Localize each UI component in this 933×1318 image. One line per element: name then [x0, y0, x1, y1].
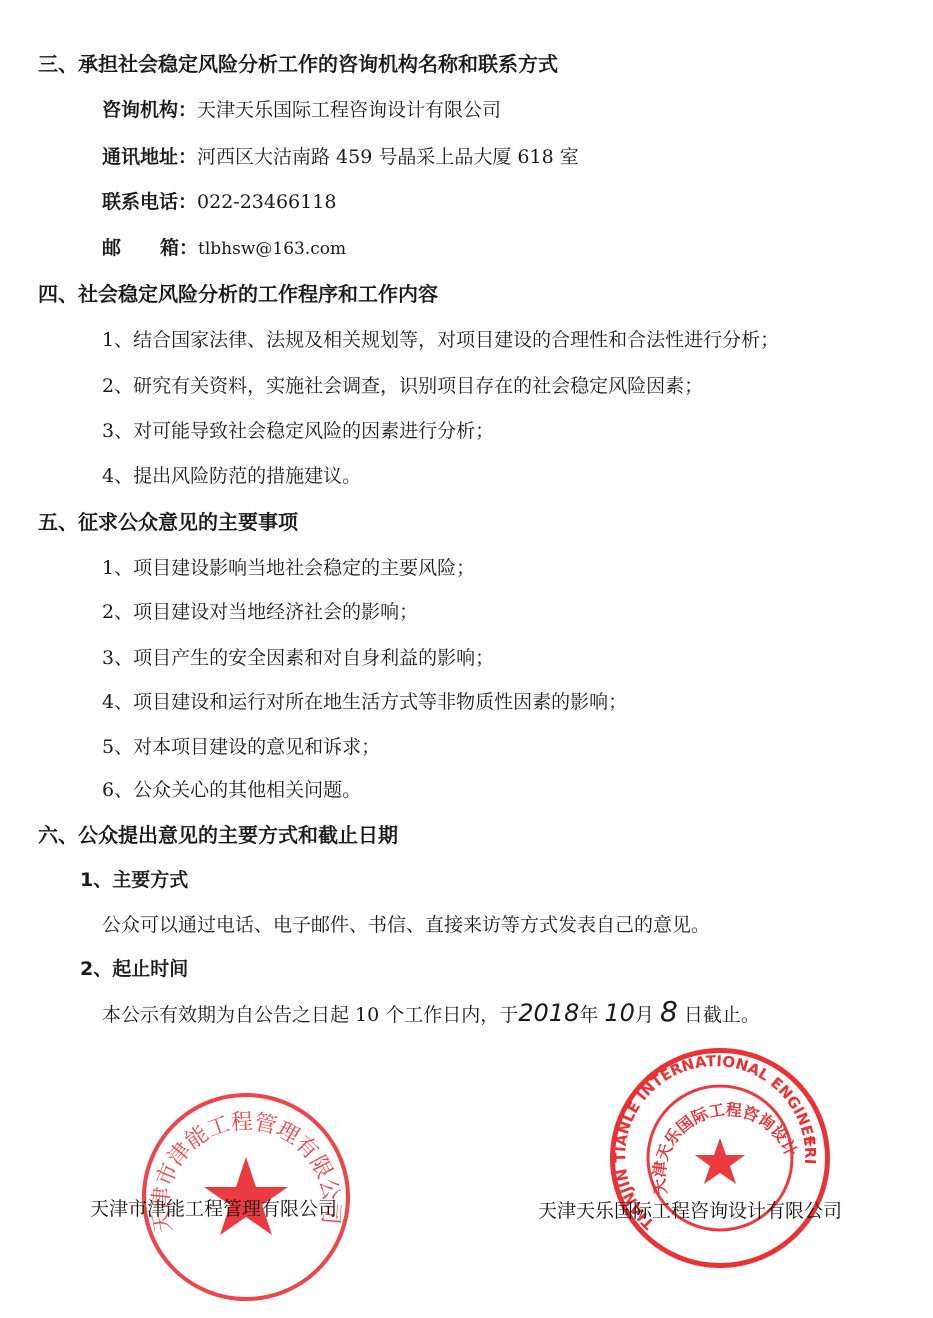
- deadline-day: 8: [660, 995, 678, 1028]
- section3-heading: 三、承担社会稳定风险分析工作的咨询机构名称和联系方式: [38, 52, 558, 76]
- section4-heading: 四、社会稳定风险分析的工作程序和工作内容: [38, 282, 438, 306]
- section5-item: 4、项目建设和运行对所在地生活方式等非物质性因素的影响；: [102, 690, 627, 714]
- section6-sub2-heading: 2、起止时间: [80, 957, 188, 981]
- left-company-signature: 天津市津能工程管理有限公司: [90, 1194, 337, 1221]
- phone-label: 联系电话：: [102, 190, 197, 214]
- year-unit: 年: [579, 1004, 598, 1026]
- deadline-year: 2018: [518, 999, 579, 1027]
- asterisk-icon: *: [805, 1134, 816, 1159]
- right-seal-graphic: TIANJIN TIANLE INTERNATIONAL ENGINEERING…: [615, 1053, 825, 1263]
- section4-item: 4、提出风险防范的措施建议。: [102, 464, 361, 488]
- section6-heading: 六、公众提出意见的主要方式和截止日期: [38, 823, 398, 847]
- section5-item: 6、公众关心的其他相关问题。: [102, 778, 361, 802]
- month-unit: 月: [635, 1004, 654, 1026]
- phone-row: 联系电话：022-23466118: [102, 190, 336, 214]
- section5-item: 3、项目产生的安全因素和对自身利益的影响；: [102, 646, 494, 670]
- deadline-month: 10: [604, 999, 635, 1027]
- email-value[interactable]: tlbhsw@163.com: [198, 239, 346, 259]
- email-label-2: 箱：: [160, 236, 198, 260]
- org-value: 天津天乐国际工程咨询设计有限公司: [197, 99, 501, 121]
- section6-sub1-heading: 1、主要方式: [80, 868, 188, 892]
- deadline-prefix: 本公示有效期为自公告之日起 10 个工作日内，于: [102, 1004, 518, 1026]
- address-value: 河西区大沽南路 459 号晶采上品大厦 618 室: [197, 146, 579, 168]
- section4-item: 1、结合国家法律、法规及相关规划等，对项目建设的合理性和合法性进行分析；: [102, 328, 779, 352]
- section4-item: 2、研究有关资料，实施社会调查，识别项目存在的社会稳定风险因素；: [102, 374, 703, 398]
- section5-heading: 五、征求公众意见的主要事项: [38, 510, 298, 534]
- email-label-1: 邮: [102, 236, 160, 260]
- section6-sub2-text: 本公示有效期为自公告之日起 10 个工作日内，于2018年 10月 8 日截止。: [102, 1000, 760, 1027]
- section6-sub1-text: 公众可以通过电话、电子邮件、书信、直接来访等方式发表自己的意见。: [102, 913, 710, 937]
- right-company-seal: TIANJIN TIANLE INTERNATIONAL ENGINEERING…: [610, 1048, 830, 1268]
- deadline-suffix: 日截止。: [684, 1004, 760, 1026]
- org-label: 咨询机构：: [102, 98, 197, 122]
- right-company-signature: 天津天乐国际工程咨询设计有限公司: [538, 1196, 842, 1223]
- section5-item: 5、对本项目建设的意见和诉求；: [102, 735, 380, 759]
- org-row: 咨询机构：天津天乐国际工程咨询设计有限公司: [102, 98, 501, 122]
- section5-item: 2、项目建设对当地经济社会的影响；: [102, 600, 418, 624]
- section4-item: 3、对可能导致社会稳定风险的因素进行分析；: [102, 419, 494, 443]
- email-row: 邮箱：tlbhsw@163.com: [102, 236, 346, 261]
- section5-item: 1、项目建设影响当地社会稳定的主要风险；: [102, 556, 475, 580]
- address-label: 通讯地址：: [102, 145, 197, 169]
- phone-value: 022-23466118: [197, 191, 336, 213]
- address-row: 通讯地址：河西区大沽南路 459 号晶采上品大厦 618 室: [102, 145, 579, 169]
- star-icon: [695, 1138, 745, 1184]
